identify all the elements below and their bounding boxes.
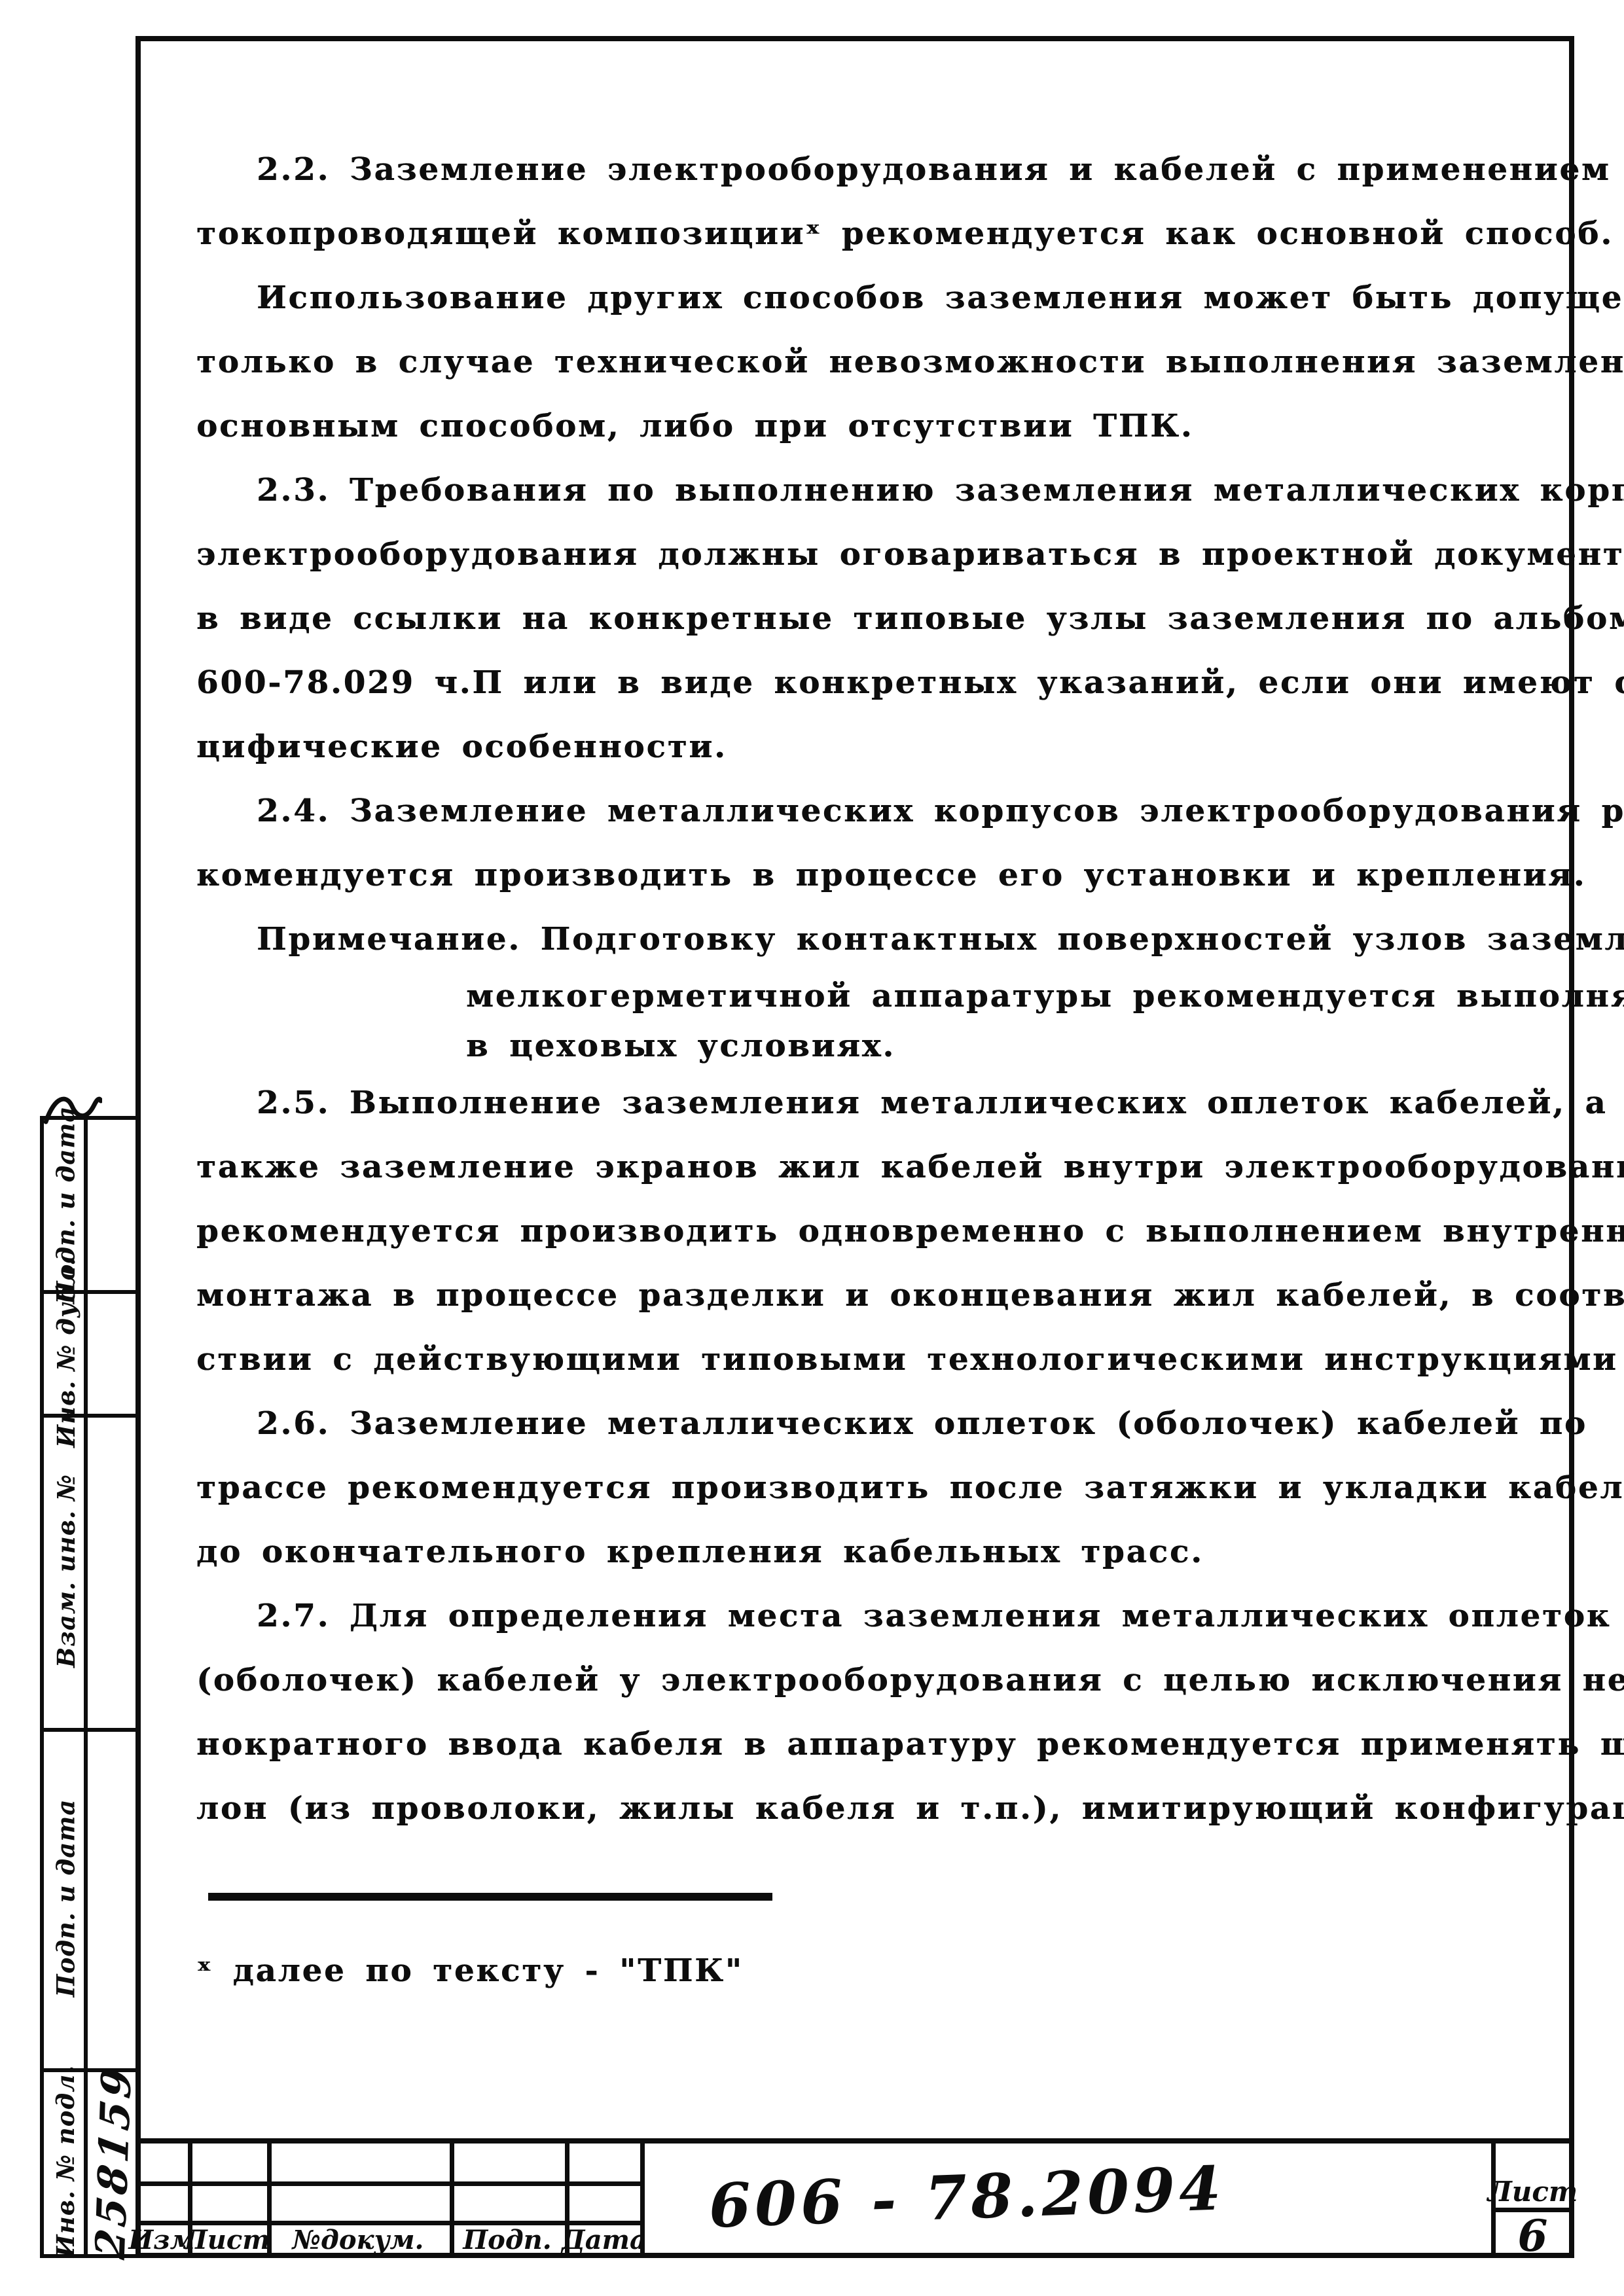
footnote-rule xyxy=(208,1893,772,1901)
text-line: только в случае технической невозможност… xyxy=(196,330,1466,394)
text-line: в цеховых условиях. xyxy=(196,1021,1466,1071)
text-line: лон (из проволоки, жилы кабеля и т.п.), … xyxy=(196,1776,1466,1840)
footnote-separator xyxy=(196,1840,1466,1939)
text-line: нократного ввода кабеля в аппаратуру рек… xyxy=(196,1712,1466,1776)
text-line: 2.7. Для определения места заземления ме… xyxy=(196,1584,1466,1648)
title-block-line xyxy=(450,2144,454,2258)
stamp-label: Подп. и дата xyxy=(52,1799,81,1998)
text-line: 2.4. Заземление металлических корпусов э… xyxy=(196,779,1466,843)
stamp-sidebar: Подп. и дата Инв. № дубл. Взам. инв. № П… xyxy=(40,1116,139,2258)
text-line: Использование других способов заземления… xyxy=(196,266,1466,330)
title-block-line xyxy=(135,2181,645,2186)
text-line: монтажа в процессе разделки и оконцевани… xyxy=(196,1263,1466,1327)
text-line: также заземление экранов жил кабелей вну… xyxy=(196,1135,1466,1199)
text-line: Примечание. Подготовку контактных поверх… xyxy=(196,907,1466,971)
column-label-dokum: №докум. xyxy=(293,2225,424,2255)
column-label-data: Дата xyxy=(562,2225,647,2255)
scanned-document-page: 2.2. Заземление электрооборудования и ка… xyxy=(0,0,1624,2296)
text-line: рекомендуется производить одновременно с… xyxy=(196,1199,1466,1263)
document-text: 2.2. Заземление электрооборудования и ка… xyxy=(196,137,1466,2003)
stamp-cell-podp-i-data-2: Подп. и дата xyxy=(44,1728,88,2068)
text-line: трассе рекомендуется производить после з… xyxy=(196,1456,1466,1520)
column-label-list: Лист xyxy=(184,2225,270,2255)
stamp-cell-inv-dubl: Инв. № дубл. xyxy=(44,1290,88,1414)
sheet-label: Лист xyxy=(1491,2144,1574,2208)
text-line: 2.5. Выполнение заземления металлических… xyxy=(196,1071,1466,1135)
text-line: 2.2. Заземление электрооборудования и ка… xyxy=(196,137,1466,202)
text-line: до окончательного крепления кабельных тр… xyxy=(196,1520,1466,1584)
text-line: токопроводящей композицииˣ рекомендуется… xyxy=(196,202,1466,266)
text-line: 600-78.029 ч.П или в виде конкретных ука… xyxy=(196,651,1466,715)
stamp-cell-inv-podl: Инв. № подл. xyxy=(44,2068,88,2254)
text-line: ствии с действующими типовыми технологич… xyxy=(196,1327,1466,1391)
sheet-number: 6 xyxy=(1491,2208,1574,2263)
text-line: комендуется производить в процессе его у… xyxy=(196,843,1466,907)
title-block: Изм Лист №докум. Подп. Дата 606 - 78.209… xyxy=(135,2138,1574,2258)
stamp-label: Инв. № подл. xyxy=(52,2065,81,2257)
text-line: цифические особенности. xyxy=(196,715,1466,779)
text-line: 2.3. Требования по выполнению заземления… xyxy=(196,458,1466,522)
handwritten-document-number: 606 - 78.2094 xyxy=(671,2151,1262,2242)
stamp-label: Взам. инв. № xyxy=(52,1474,81,1668)
text-line: (оболочек) кабелей у электрооборудования… xyxy=(196,1648,1466,1712)
text-line: мелкогерметичной аппаратуры рекомендуетс… xyxy=(196,971,1466,1021)
text-line: электрооборудования должны оговариваться… xyxy=(196,522,1466,586)
footnote-line: ˣ далее по тексту - "ТПК" xyxy=(196,1939,1466,2003)
text-line: в виде ссылки на конкретные типовые узлы… xyxy=(196,586,1466,651)
stamp-cell-vzam-inv: Взам. инв. № xyxy=(44,1414,88,1728)
text-line: 2.6. Заземление металлических оплеток (о… xyxy=(196,1391,1466,1456)
column-label-podp: Подп. xyxy=(463,2225,551,2255)
text-line: основным способом, либо при отсутствии Т… xyxy=(196,394,1466,458)
